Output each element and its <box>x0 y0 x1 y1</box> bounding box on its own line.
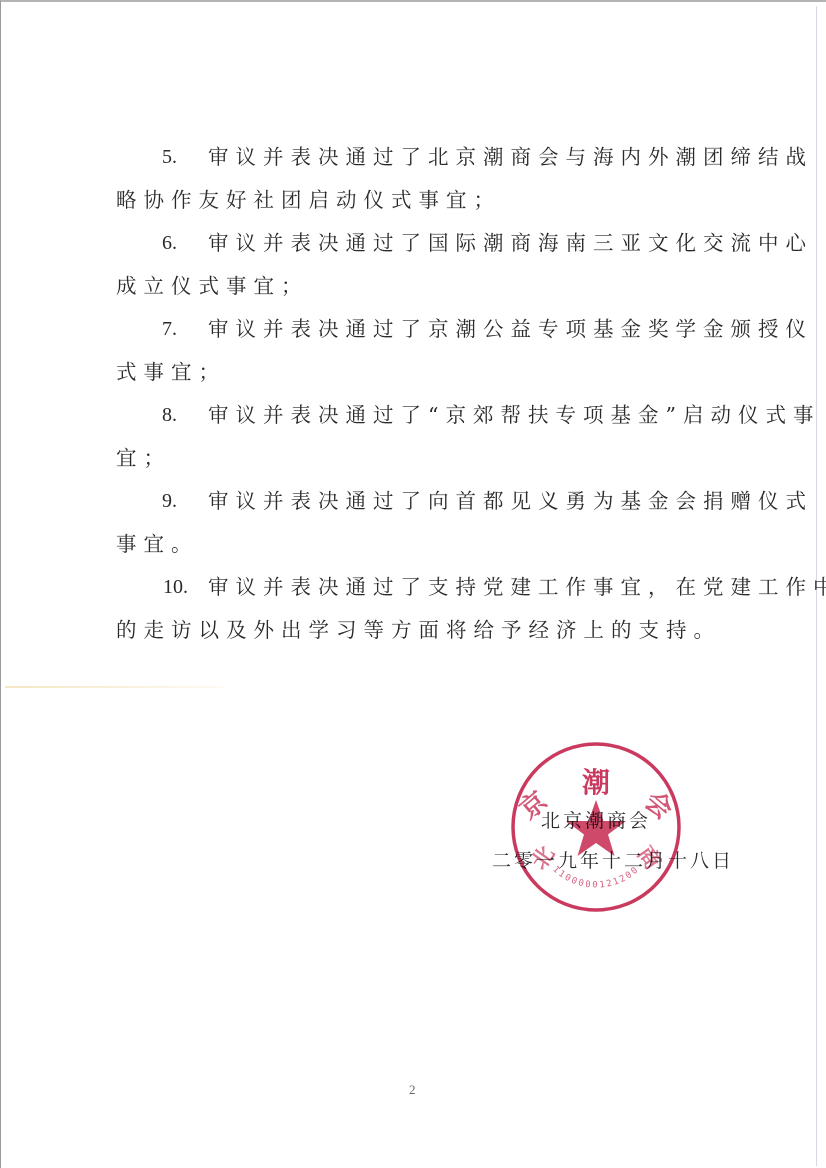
document-page: 5. 审议并表决通过了北京潮商会与海内外潮团缔结战 略协作友好社团启动仪式事宜；… <box>0 0 826 1168</box>
item-text-continued: 式事宜； <box>116 357 226 387</box>
signature-date: 二零一九年十二月十八日 <box>492 846 734 873</box>
item-number: 9. <box>162 486 177 516</box>
item-text: 审议并表决通过了国际潮商海南三亚文化交流中心 <box>208 228 813 258</box>
seal-char-top: 潮 <box>582 766 610 799</box>
item-number: 7. <box>162 314 177 344</box>
scan-artifact <box>5 686 225 688</box>
page-number: 2 <box>409 1082 416 1098</box>
item-text-continued: 宜； <box>116 443 171 473</box>
item-text: 审议并表决通过了京潮公益专项基金奖学金颁授仪 <box>208 314 813 344</box>
item-number: 10. <box>163 572 188 602</box>
item-number: 6. <box>162 228 177 258</box>
item-text: 审议并表决通过了北京潮商会与海内外潮团缔结战 <box>208 142 813 172</box>
item-text-continued: 的走访以及外出学习等方面将给予经济上的支持。 <box>116 615 721 645</box>
item-text: 审议并表决通过了“京郊帮扶专项基金”启动仪式事 <box>208 400 820 430</box>
item-text: 审议并表决通过了支持党建工作事宜，在党建工作中 <box>208 572 826 602</box>
item-number: 5. <box>162 142 177 172</box>
item-text: 审议并表决通过了向首都见义勇为基金会捐赠仪式 <box>208 486 813 516</box>
item-text-continued: 略协作友好社团启动仪式事宜； <box>116 185 501 215</box>
item-text-continued: 事宜。 <box>116 529 199 559</box>
item-text-continued: 成立仪式事宜； <box>116 271 309 301</box>
item-number: 8. <box>162 400 177 430</box>
signature-organization: 北京潮商会 <box>541 806 651 833</box>
